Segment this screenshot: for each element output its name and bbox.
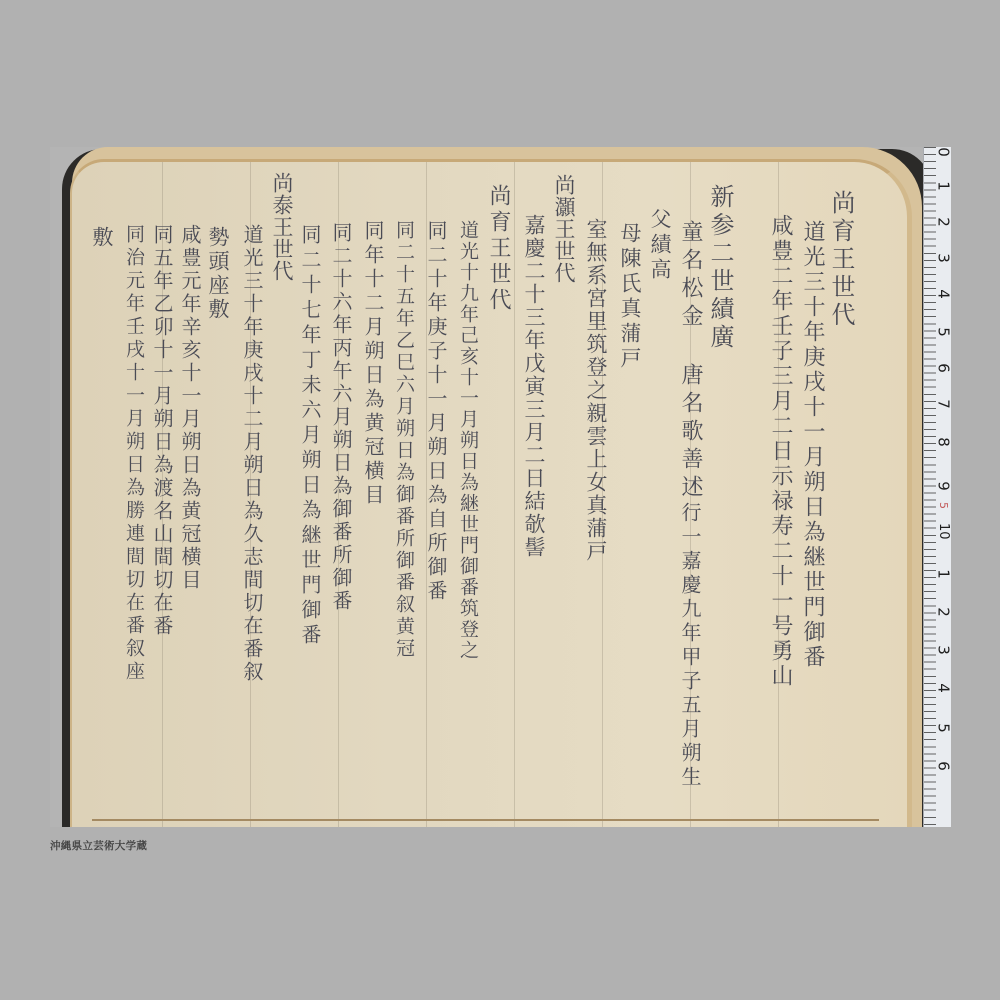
ruler-label: 10 xyxy=(936,523,951,538)
text-column: 勢頭座敷 xyxy=(204,226,232,322)
ruler-label: 3 xyxy=(935,251,952,266)
text-column: 嘉慶二十三年戊寅三月二日結欹髻 xyxy=(520,214,548,559)
ruler-label: 5 xyxy=(935,721,952,736)
text-column: 尚泰王世代 xyxy=(268,172,296,282)
text-column: 行一嘉慶九年甲子五月朔生 xyxy=(676,502,704,790)
text-column: 同治元年壬戌十一月朔日為勝連間切在番叙座 xyxy=(120,224,148,684)
text-column: 咸豊元年辛亥十一月朔日為黄冠横目 xyxy=(176,224,204,592)
text-column: 室無系宮里筑登之親雲上女真蒲戸 xyxy=(582,218,610,563)
ruler-label: 1 xyxy=(935,179,952,194)
text-column: 道光十九年己亥十一月朔日為継世門御番筑登之 xyxy=(454,220,482,661)
text-column: 同年十二月朔日為黄冠横目 xyxy=(359,220,387,508)
text-column: 同二十七年丁未六月朔日為継世門御番 xyxy=(296,224,324,649)
ruler-label: 4 xyxy=(935,681,952,696)
text-column: 尚育王世代 xyxy=(484,184,512,314)
ruler-label: 9 xyxy=(935,479,952,494)
text-column: 咸豊二年壬子三月二日示禄寿二十一号勇山 xyxy=(766,214,794,689)
manuscript-photo: 尚育王世代 道光三十年庚戌十一月朔日為継世門御番 咸豊二年壬子三月二日示禄寿二十… xyxy=(50,147,950,827)
ruler-label: 2 xyxy=(935,605,952,620)
page-bottom-edge xyxy=(92,819,879,821)
text-column: 同二十六年丙午六月朔日為御番所御番 xyxy=(327,222,355,613)
ruler-label: 0 xyxy=(935,147,952,160)
ruler-label: 8 xyxy=(935,435,952,450)
collection-credit-caption: 沖縄県立芸術大学蔵 xyxy=(50,838,147,853)
text-column: 童名松金 唐名歌善述 xyxy=(676,220,704,503)
text-column: 新参二世績廣 xyxy=(706,184,734,352)
text-column: 父績高 xyxy=(646,208,674,283)
text-column: 母陳氏真蒲戸 xyxy=(616,222,644,372)
ruler-label: 6 xyxy=(935,759,952,774)
ruler-label: 2 xyxy=(935,215,952,230)
ruler-label: 1 xyxy=(935,567,952,582)
ruler-label: 6 xyxy=(935,361,952,376)
text-column: 道光三十年庚戌十二月朔日為久志間切在番叙 xyxy=(238,224,266,684)
text-column: 尚育王世代 xyxy=(827,190,855,330)
ruler-accent-label: 5 xyxy=(937,498,950,513)
ruler-label: 7 xyxy=(935,397,952,412)
text-column: 同二十年庚子十一月朔日為自所御番 xyxy=(422,220,450,604)
ruled-line xyxy=(514,162,515,827)
text-column: 同五年乙卯十一月朔日為渡名山間切在番 xyxy=(148,224,176,638)
text-column: 尚灝王世代 xyxy=(550,174,578,284)
ruler-label: 3 xyxy=(935,643,952,658)
ruler-label: 5 xyxy=(935,325,952,340)
ruler-label: 4 xyxy=(935,287,952,302)
text-column: 道光三十年庚戌十一月朔日為継世門御番 xyxy=(798,220,826,670)
manuscript-page: 尚育王世代 道光三十年庚戌十一月朔日為継世門御番 咸豊二年壬子三月二日示禄寿二十… xyxy=(70,159,912,827)
text-column: 同二十五年乙巳六月朔日為御番所御番叙黄冠 xyxy=(390,220,418,660)
measurement-ruler: 0 1 2 3 4 5 6 7 8 9 5 10 1 2 3 4 5 6 xyxy=(923,147,951,827)
text-column: 敷 xyxy=(88,226,116,251)
